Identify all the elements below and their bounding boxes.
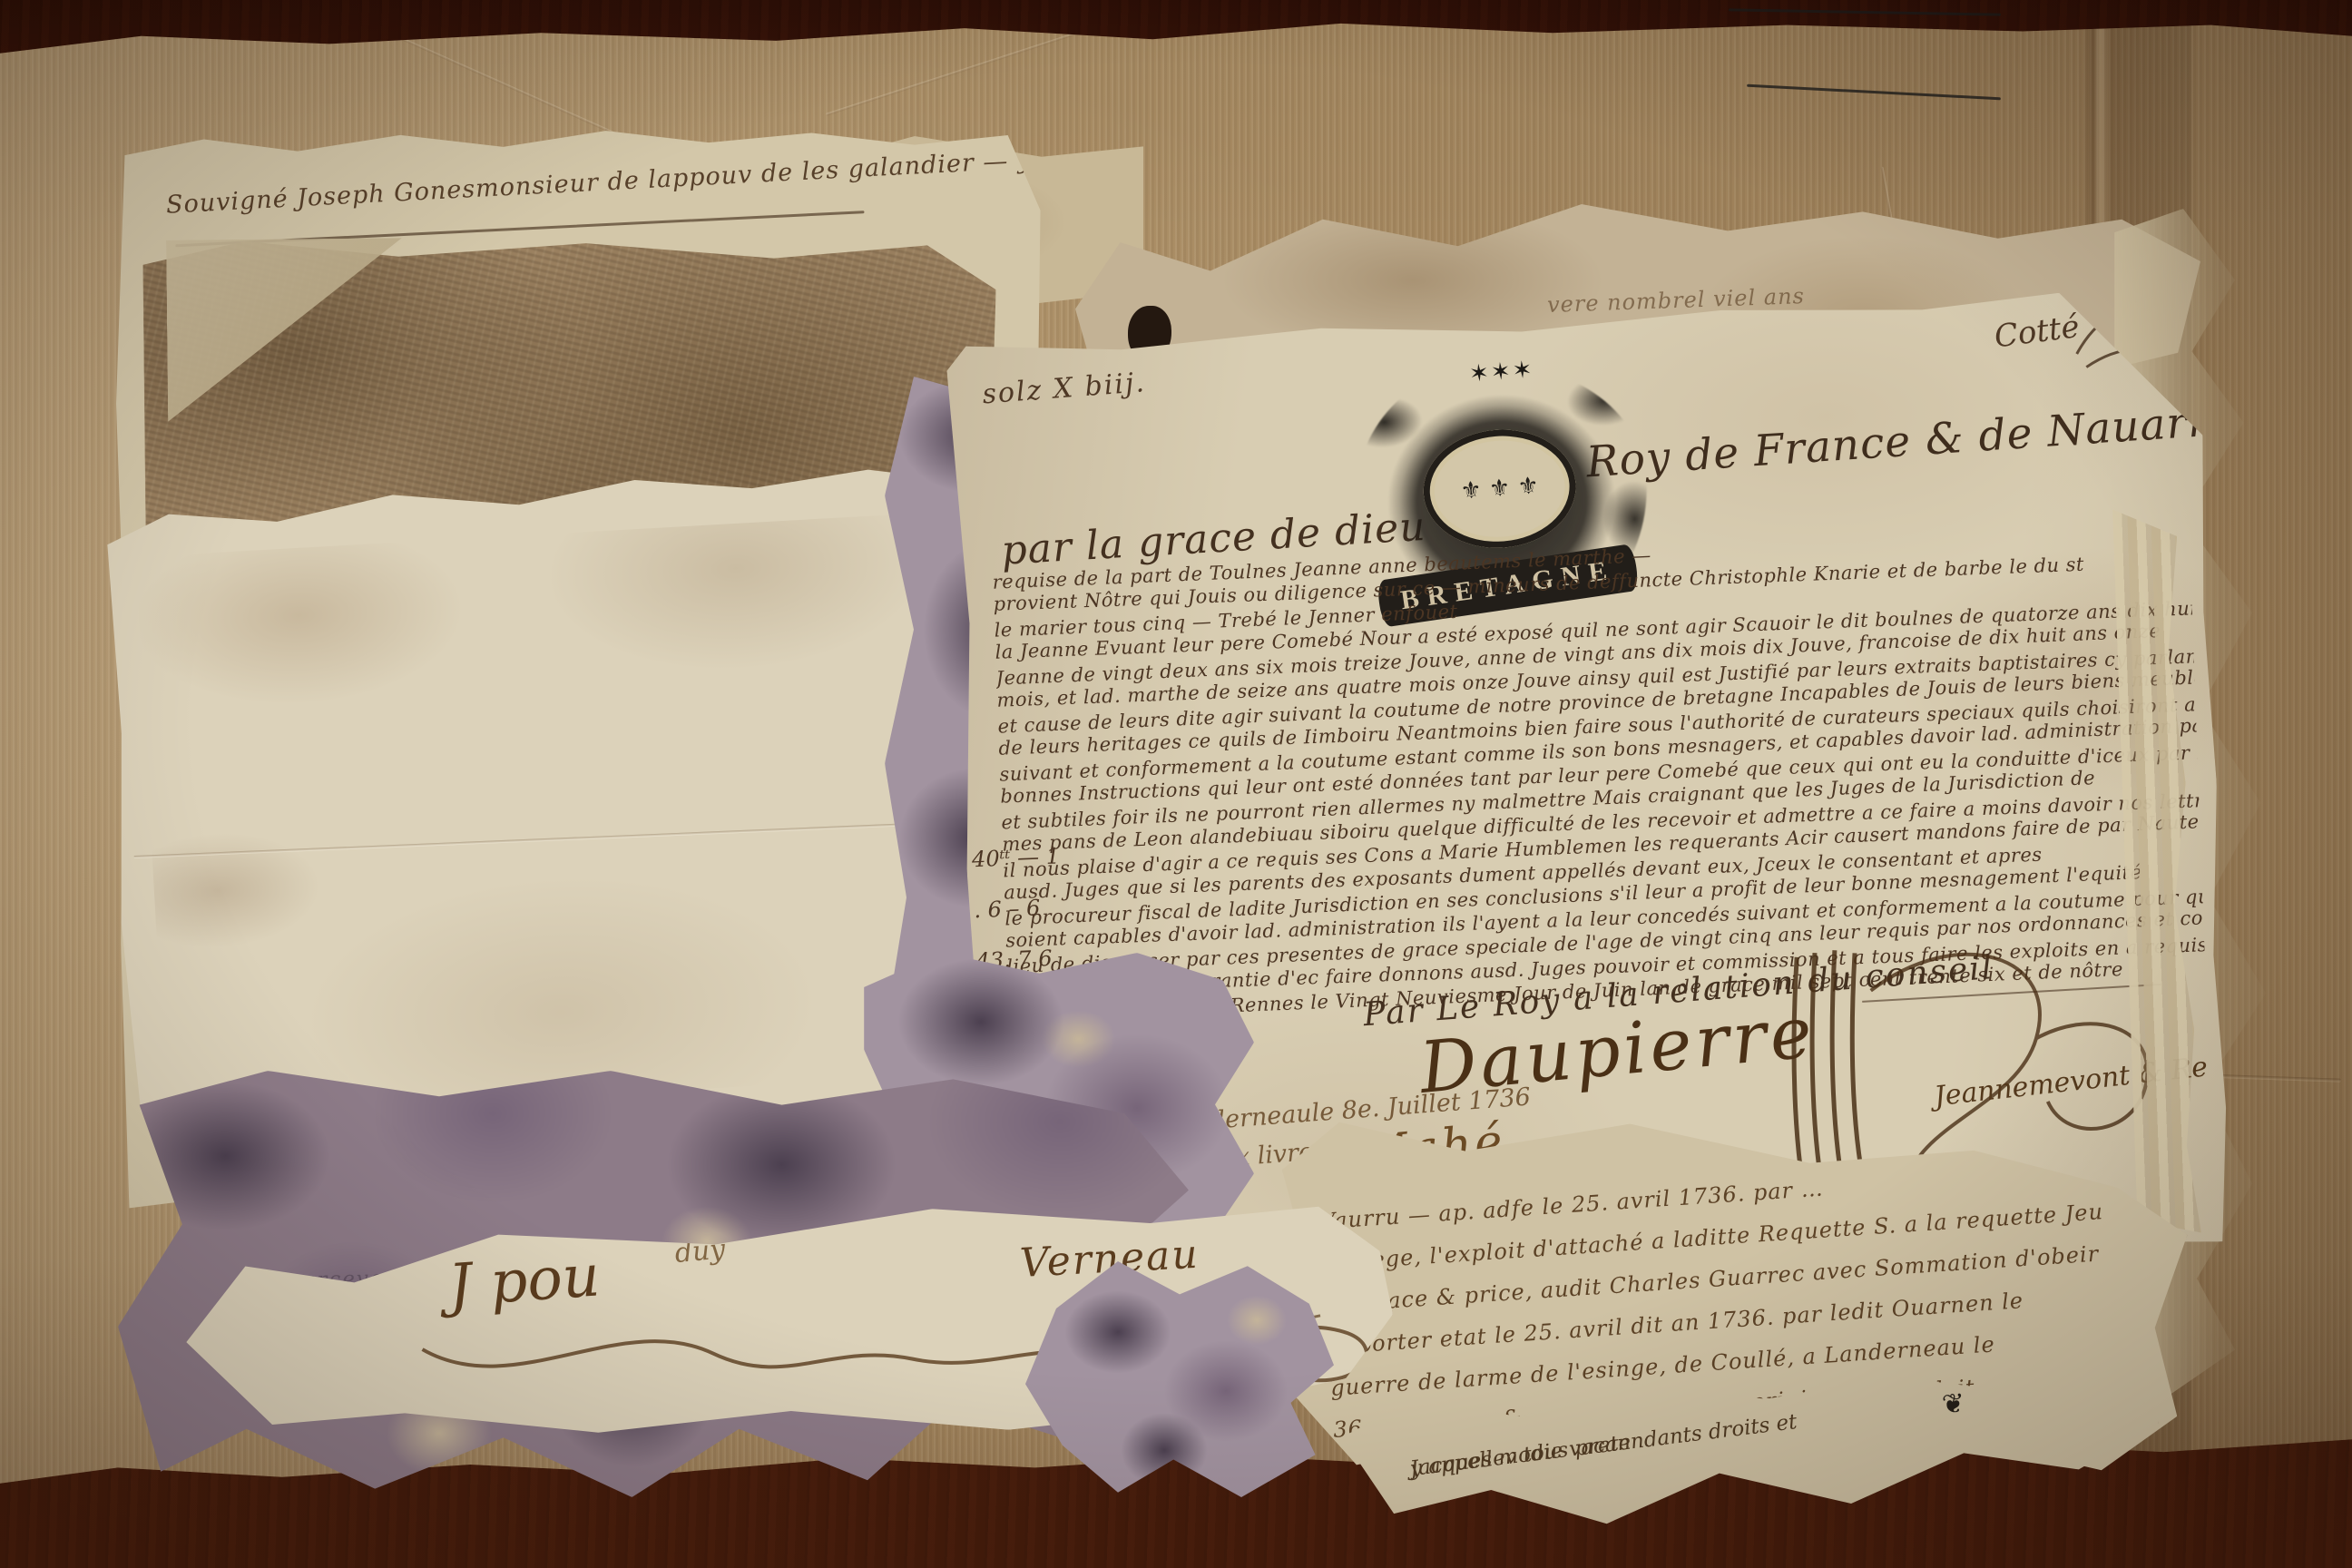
photograph-of-manuscripts: vere nombrel viel ans Souvigné Joseph Go… [0,0,2352,1568]
margin-note: . 6 – 6 [973,878,1147,936]
stamp-crown-glyphs: ✶✶✶ [1468,358,1515,385]
folio-header-handwriting: Souvigné Joseph Gonesmonsieur de lappouv… [165,142,1118,220]
printers-ornament: ❦ [1941,1387,1966,1421]
margin-note: 40ᵗᵗ — 1 [971,828,1145,886]
sheet-stains [135,513,964,1119]
manuscript-line: y appellev tous pretendants droits et [1407,1403,1798,1488]
